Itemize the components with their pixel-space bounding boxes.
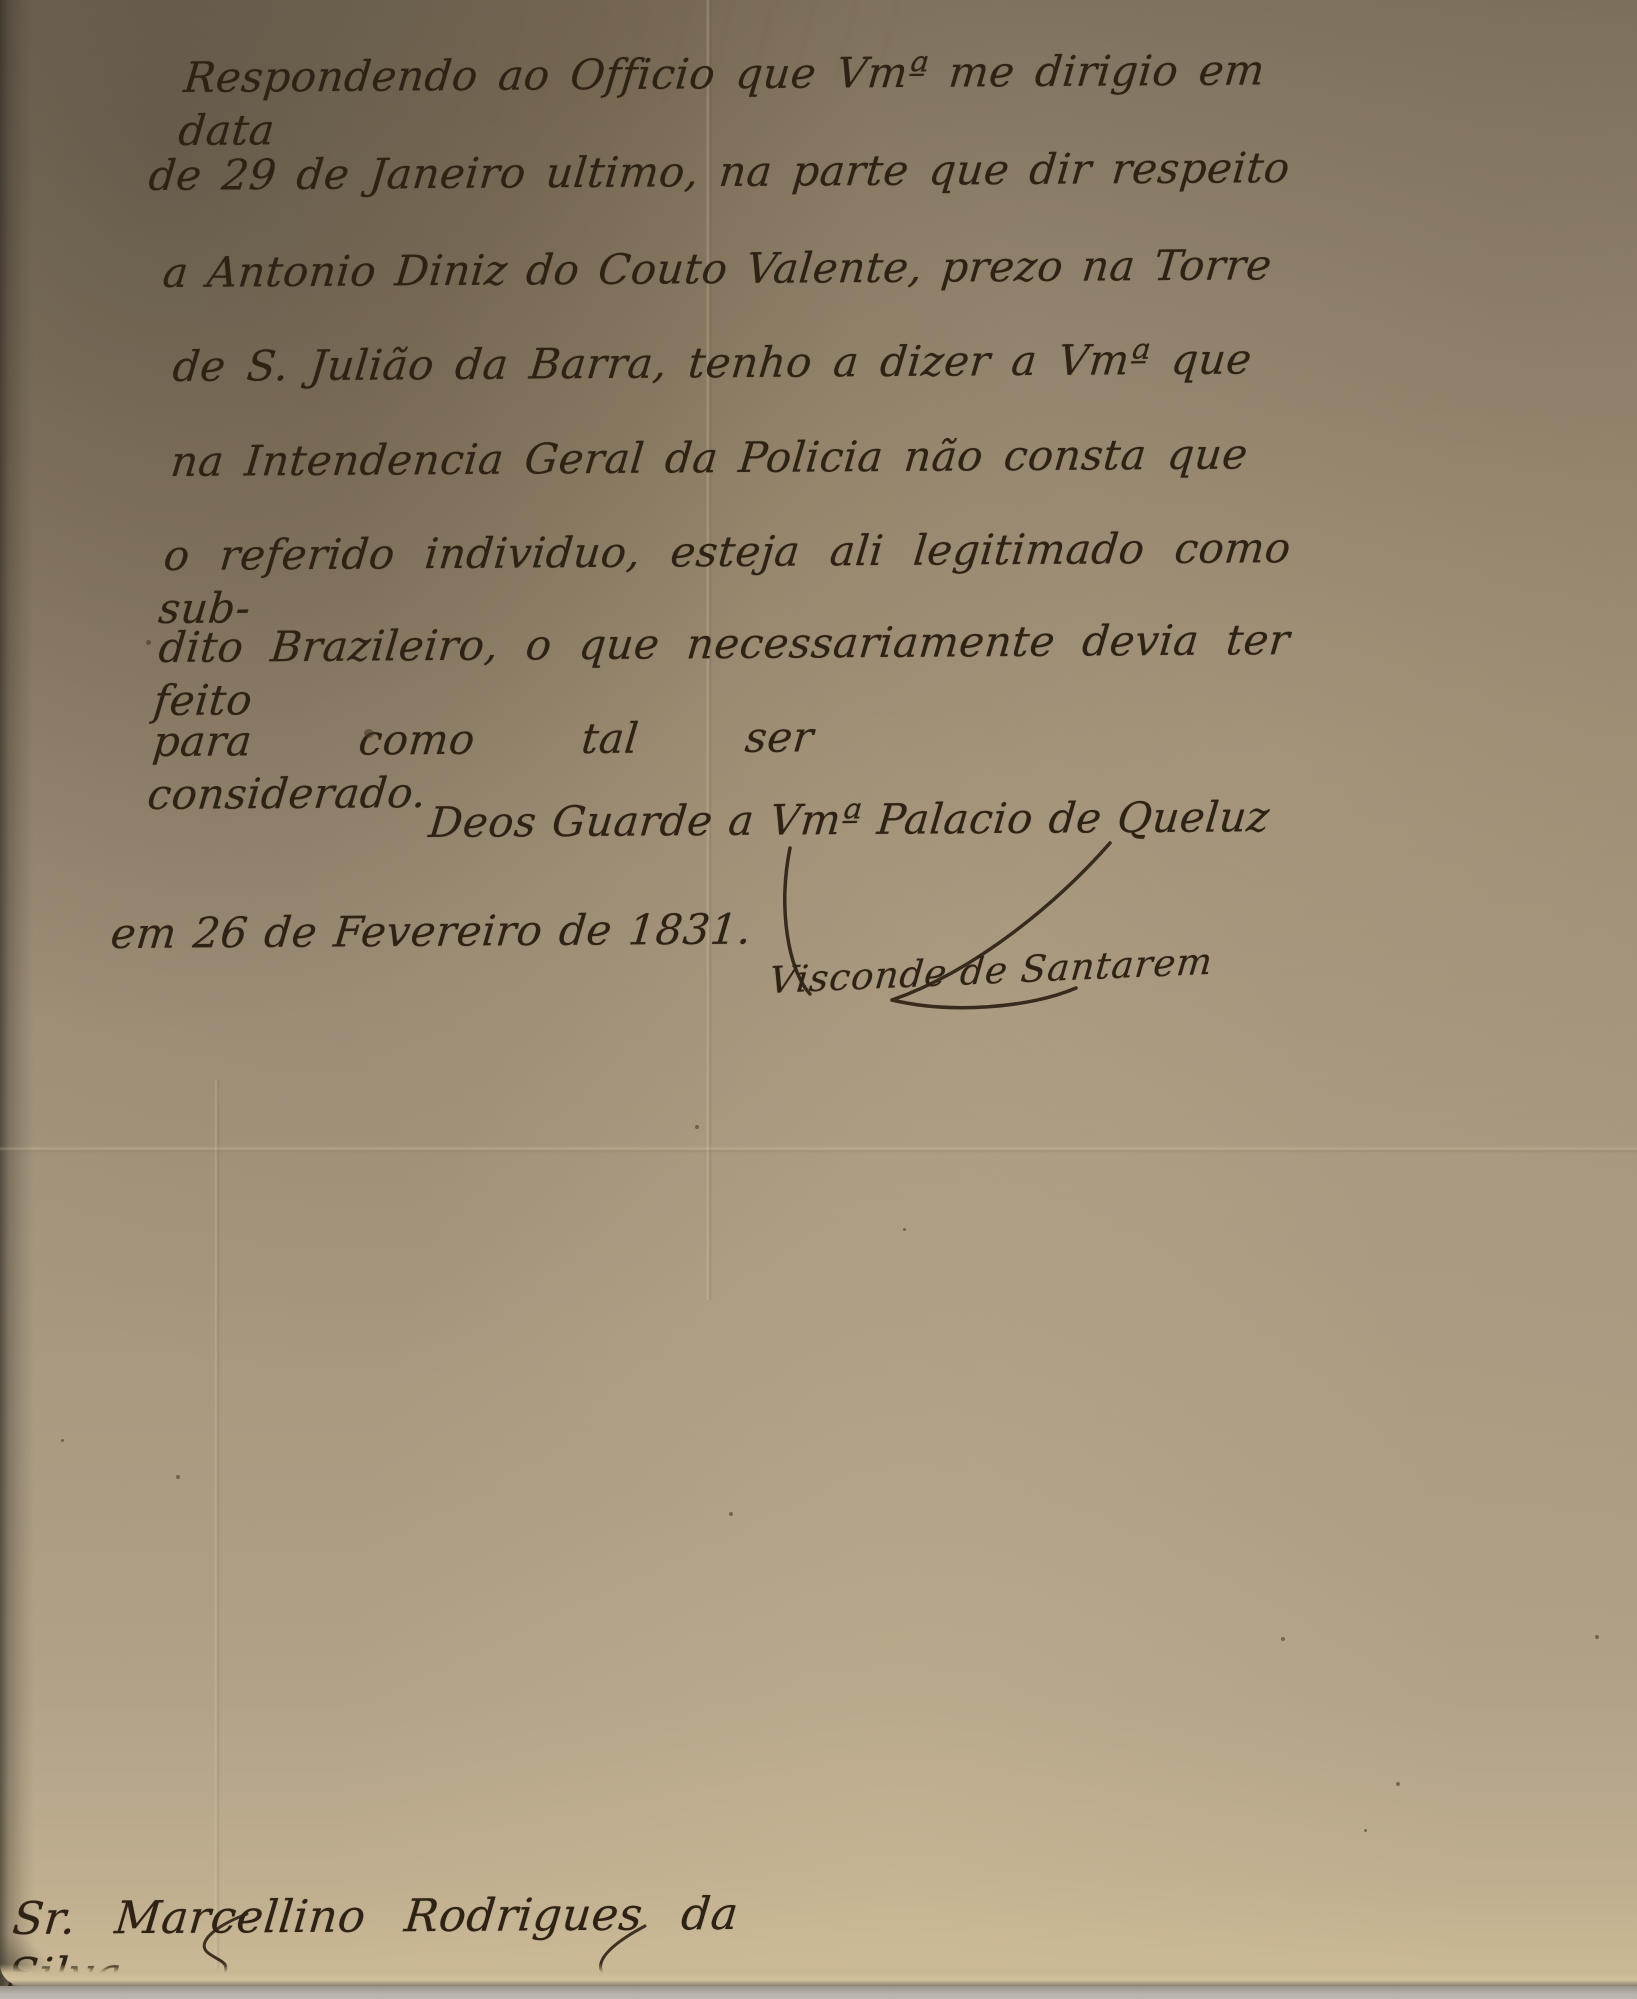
letter-line-3: a Antonio Diniz do Couto Valente, prezo …: [158, 239, 1274, 319]
addressee-line: Sr. Marcellino Rodrigues da Silva: [8, 1886, 741, 1963]
paper-bottom-edge: [0, 1964, 1637, 1986]
signature: Visconde de Santarem: [765, 939, 1216, 1030]
foxing-spot: [176, 1475, 180, 1479]
foxing-spot: [695, 1125, 699, 1129]
letter-line-4: de S. Julião da Barra, tenho a dizer a V…: [168, 333, 1254, 413]
closing-line: Deos Guarde a Vmª Palacio de Queluz: [424, 791, 1272, 869]
foxing-spot: [61, 1439, 64, 1442]
vertical-fold-crease-lower: [214, 1080, 220, 1999]
foxing-spot: [146, 640, 151, 645]
foxing-spot: [903, 1228, 906, 1231]
foxing-spot: [1396, 1782, 1400, 1786]
letter-line-7: dito Brazileiro, o que necessariamente d…: [154, 614, 1292, 694]
letter-line-1: Respondendo ao Officio que Vmª me dirigi…: [179, 44, 1267, 124]
letter-line-6: o referido individuo, esteja ali legitim…: [159, 522, 1293, 602]
letter-line-8: para como tal ser considerado.: [148, 711, 816, 788]
foxing-spot: [729, 1512, 733, 1516]
foxing-spot: [1281, 1637, 1285, 1641]
manuscript-page: Respondendo ao Officio que Vmª me dirigi…: [0, 0, 1637, 1999]
letter-line-2: de 29 de Janeiro ultimo, na parte que di…: [144, 142, 1292, 222]
date-line: em 26 de Fevereiro de 1831.: [106, 904, 754, 980]
foxing-spot: [1595, 1635, 1599, 1639]
foxing-spot: [1364, 1829, 1367, 1832]
table-surface: [0, 1986, 1637, 1999]
letter-line-5: na Intendencia Geral da Policia não cons…: [166, 428, 1250, 508]
horizontal-fold-crease: [0, 1146, 1637, 1153]
